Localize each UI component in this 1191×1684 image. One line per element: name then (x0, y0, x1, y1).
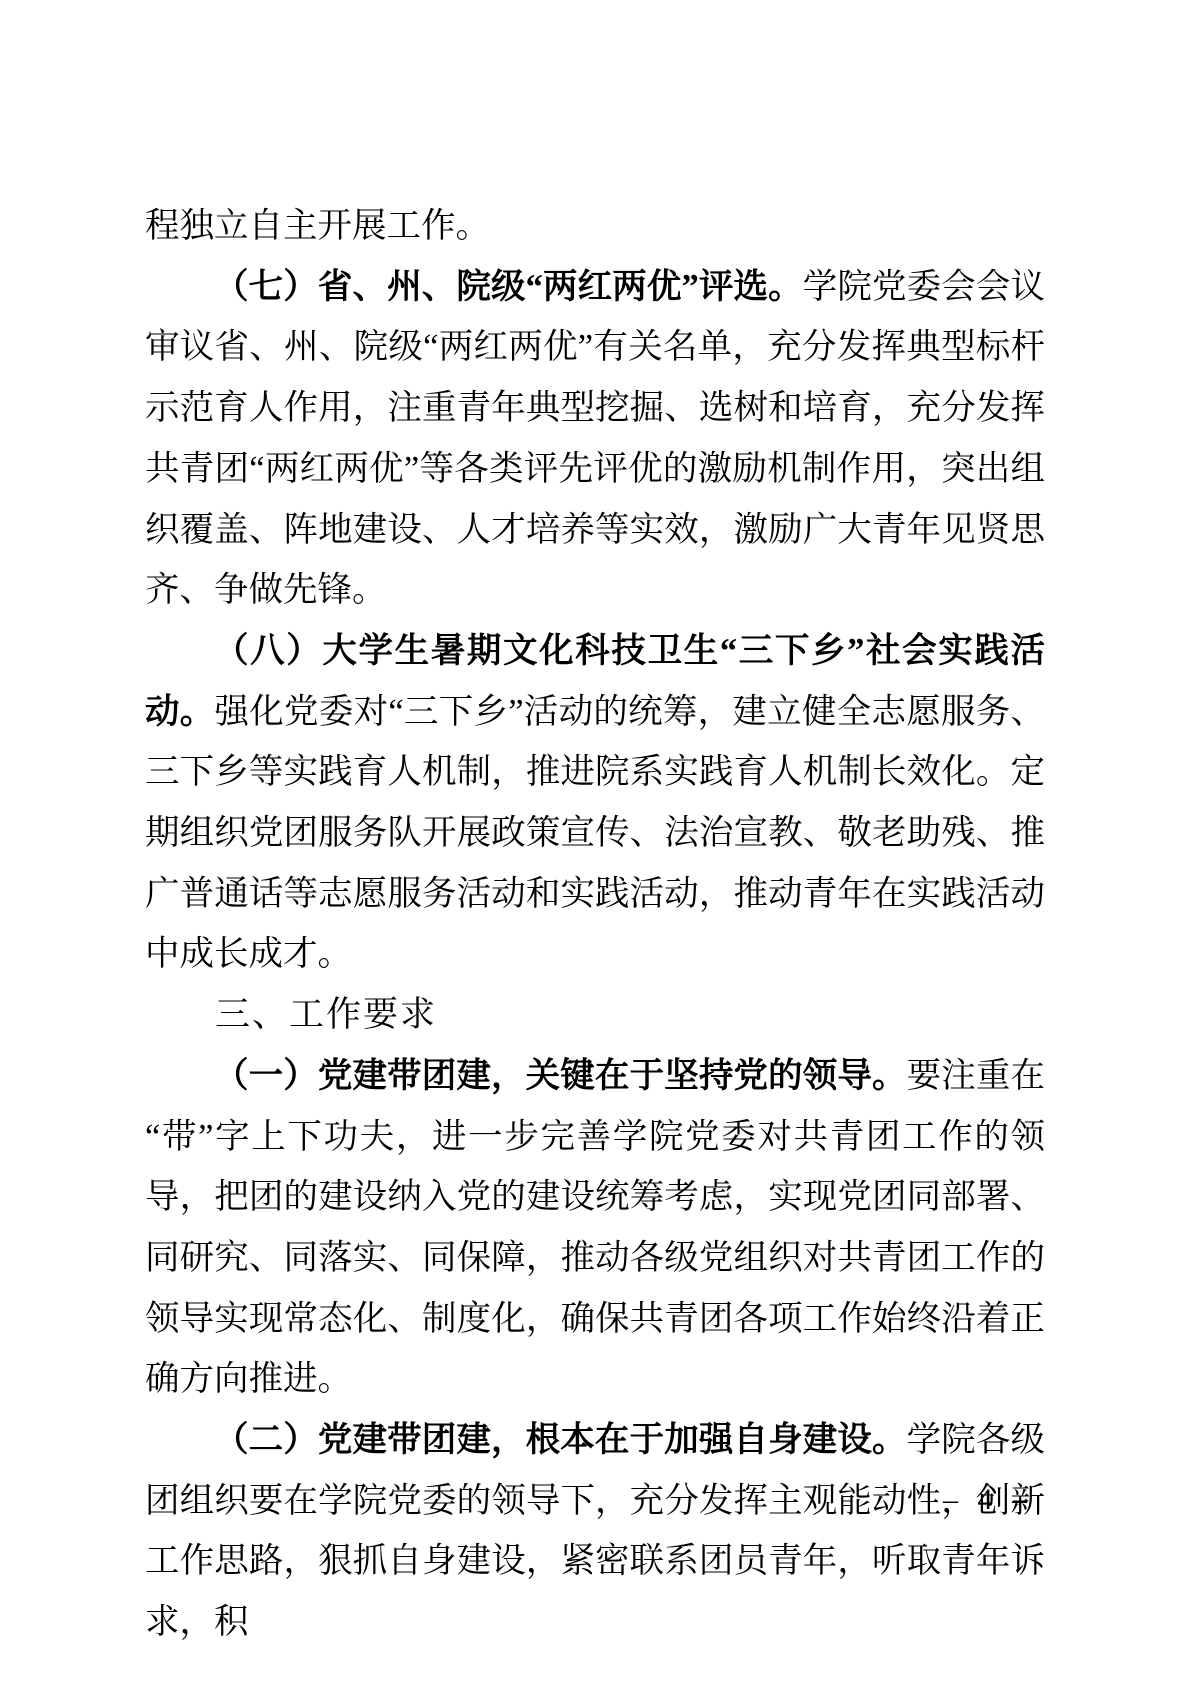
paragraph: （八）大学生暑期文化科技卫生“三下乡”社会实践活动。强化党委对“三下乡”活动的统… (145, 621, 1045, 985)
body-text: 三、工作要求 (215, 995, 437, 1034)
document-body: 程独立自主开展工作。（七）省、州、院级“两红两优”评选。学院党委会会议审议省、州… (145, 196, 1045, 1653)
paragraph: （七）省、州、院级“两红两优”评选。学院党委会会议审议省、州、院级“两红两优”有… (145, 257, 1045, 621)
document-page: 程独立自主开展工作。（七）省、州、院级“两红两优”评选。学院党委会会议审议省、州… (0, 0, 1191, 1684)
lead-sentence: （二）党建带团建，根本在于加强自身建设。 (214, 1421, 907, 1459)
body-text: 强化党委对“三下乡”活动的统筹，建立健全志愿服务、三下乡等实践育人机制，推进院系… (145, 693, 1045, 974)
paragraph: （一）党建带团建，关键在于坚持党的领导。要注重在“带”字上下功夫，进一步完善学院… (145, 1046, 1045, 1410)
lead-sentence: （一）党建带团建，关键在于坚持党的领导。 (214, 1057, 907, 1095)
body-text: 学院党委会会议审议省、州、院级“两红两优”有关名单，充分发挥典型标杆示范育人作用… (145, 268, 1045, 610)
paragraph: 程独立自主开展工作。 (145, 196, 1045, 257)
section-heading: 三、工作要求 (145, 985, 1045, 1046)
body-text: 要注重在“带”字上下功夫，进一步完善学院党委对共青团工作的领导，把团的建设纳入党… (145, 1057, 1045, 1399)
paragraph: （二）党建带团建，根本在于加强自身建设。学院各级团组织要在学院党委的领导下，充分… (145, 1410, 1045, 1653)
body-text: 程独立自主开展工作。 (145, 207, 490, 245)
lead-sentence: （七）省、州、院级“两红两优”评选。 (214, 268, 803, 306)
page-number: – 4 – (943, 1483, 1033, 1517)
